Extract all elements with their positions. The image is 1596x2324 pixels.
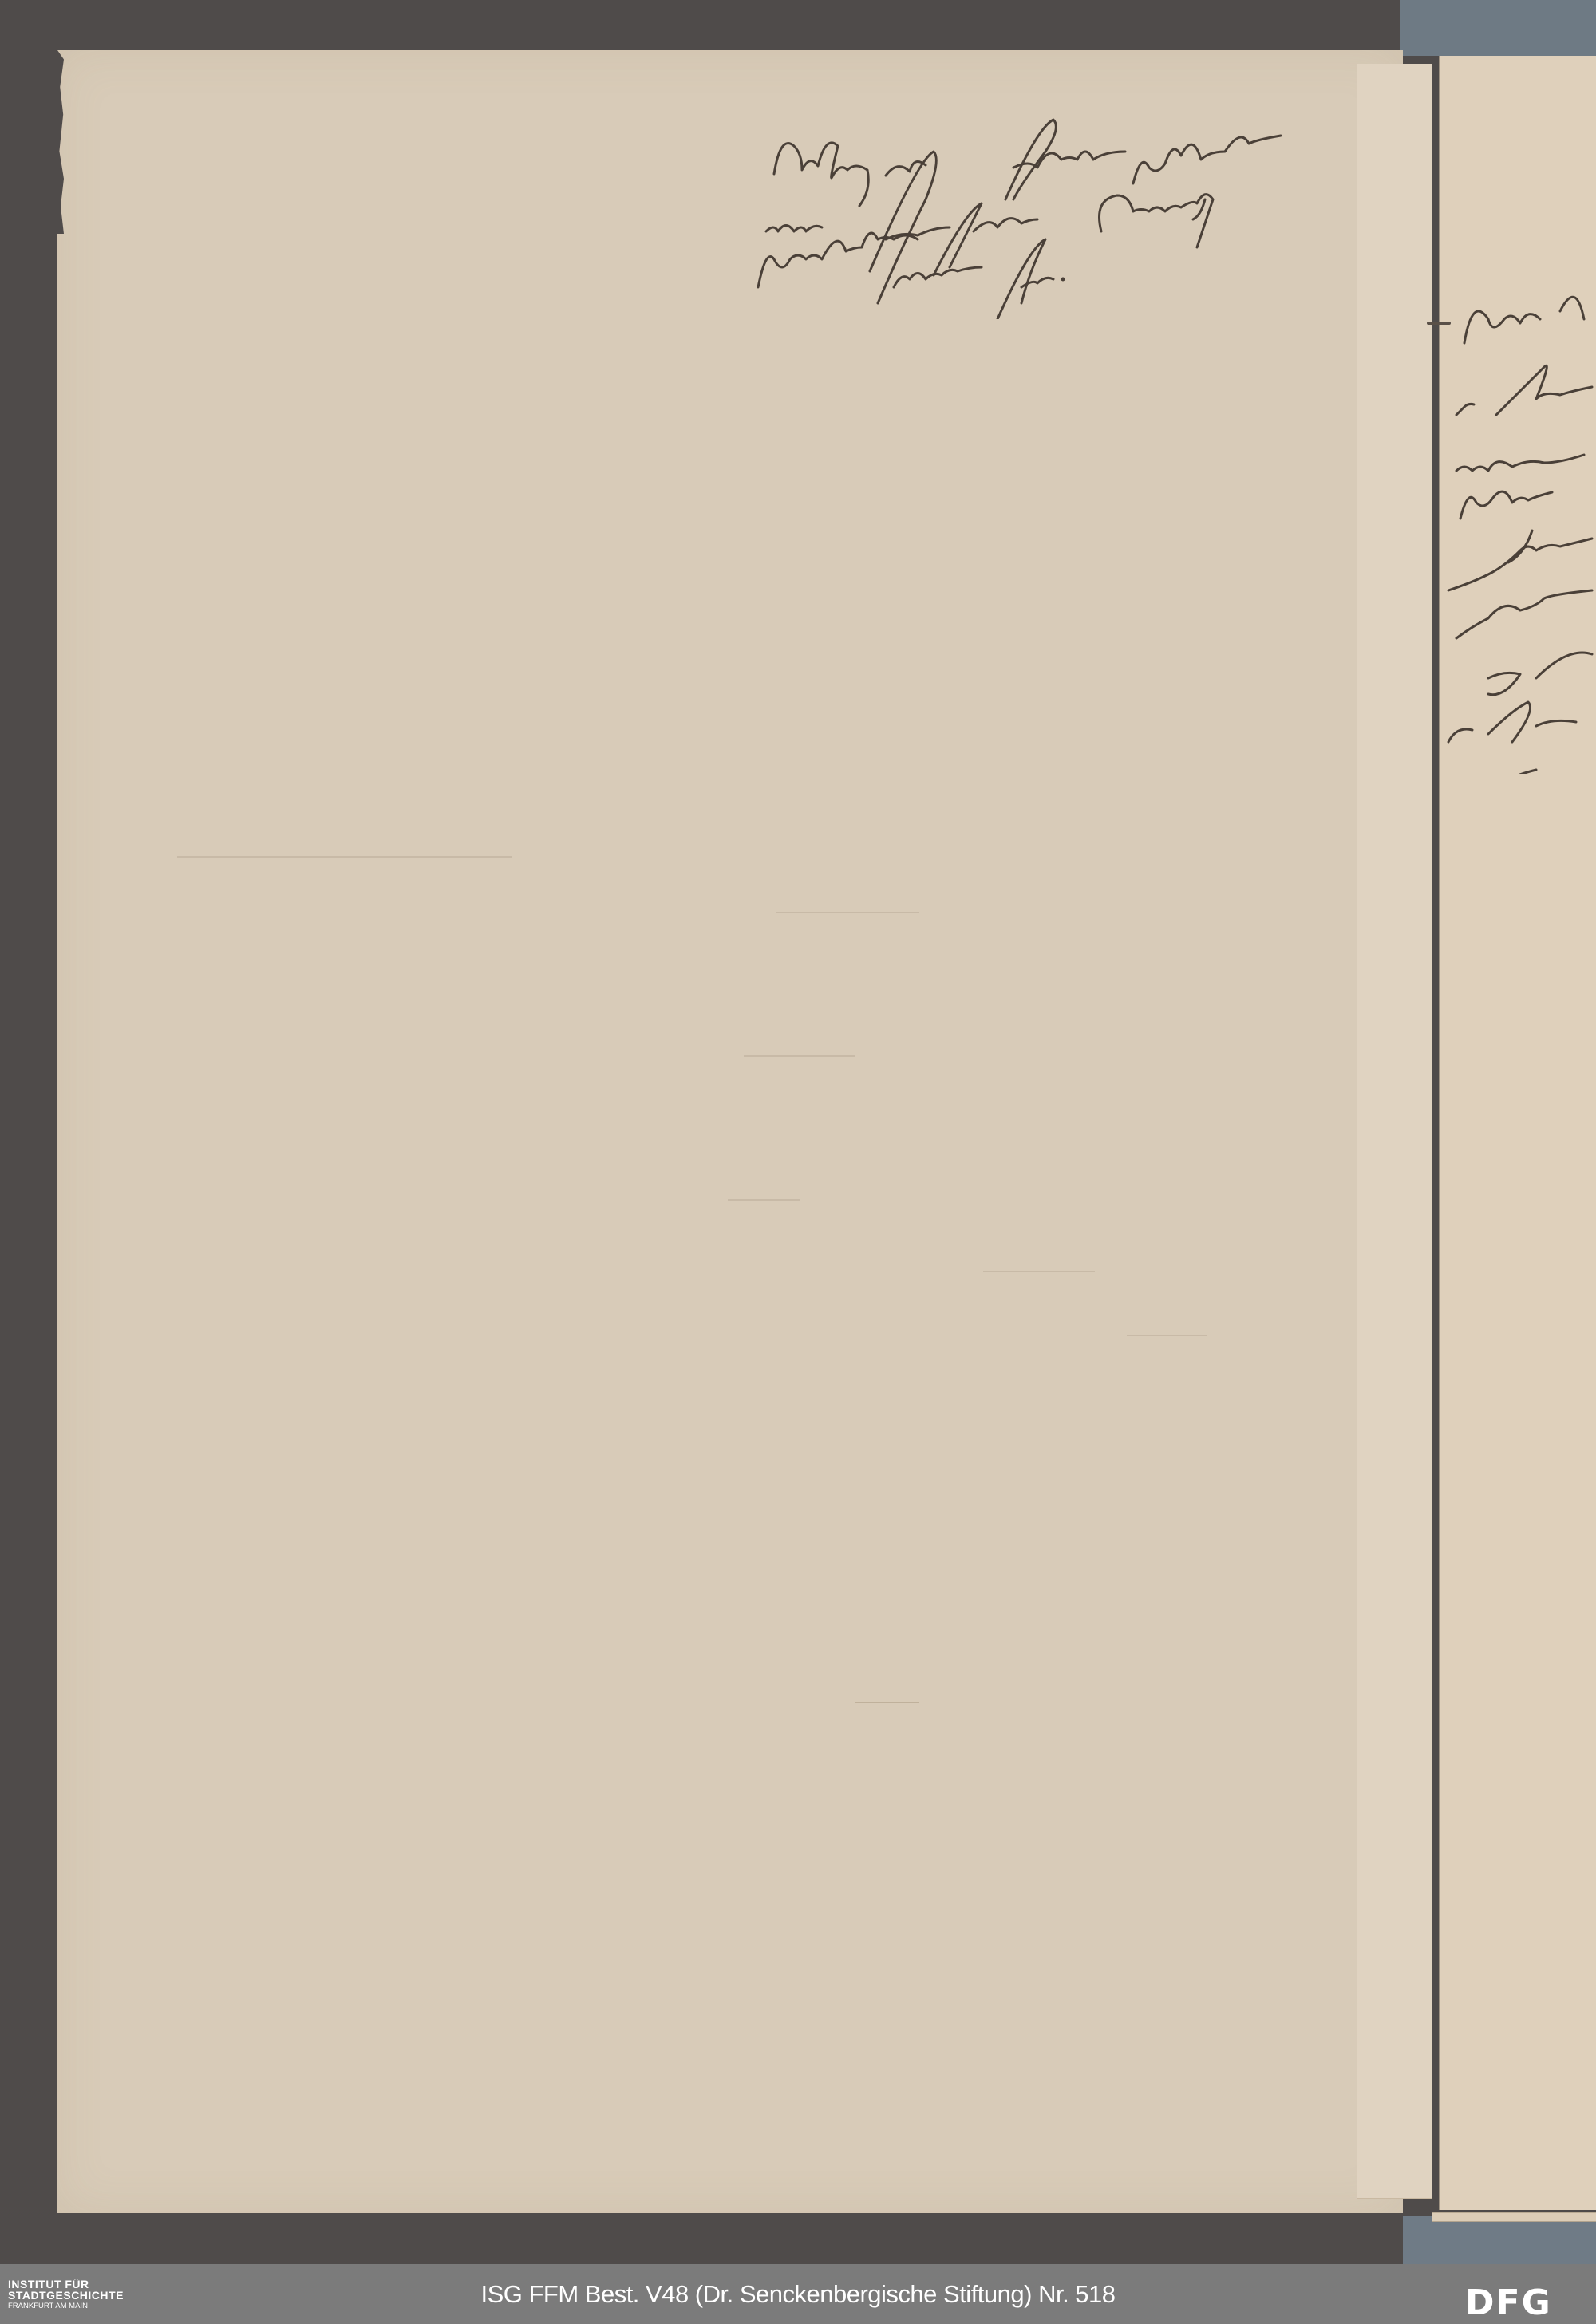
right-page-line: betreffen… [1456,550,1596,587]
page-stack-edge [1432,2212,1596,2222]
handwritten-line: wenn Herr Professor Kümpf [750,199,1205,236]
right-page-line: der Herr… [1456,694,1596,731]
left-page [57,50,1403,2213]
right-page: Mit d… ist Herr… unterh… Lassung… betref… [1439,56,1596,2210]
scan-image: Mit d… ist Herr… unterh… Lassung… betref… [0,0,1596,2264]
archive-footer-bar: INSTITUT FÜR STADTGESCHICHTE FRANKFURT A… [0,2264,1596,2324]
paper-fold-strip [1357,64,1432,2199]
handwritten-note: Lassung der Hypothek beschlossen wenn He… [750,112,1373,319]
pin-mark [1427,322,1451,325]
handwritten-line: Lassung der Hypothek beschlossen [750,136,1322,172]
bleed-through-mark [744,1055,855,1057]
bleed-through-mark [776,912,919,913]
right-page-line: beschlossen… [1456,598,1596,635]
archive-signature: ISG FFM Best. V48 (Dr. Senckenbergische … [0,2280,1596,2309]
bleed-through-mark [1127,1335,1207,1336]
right-page-line: Lassung… [1456,503,1596,539]
right-page-line: So… [1456,646,1529,683]
bleed-through-mark [983,1271,1095,1272]
right-page-line: ist Herr… [1456,407,1596,444]
right-page-line: Mit d… [1456,311,1574,348]
bleed-through-mark [728,1199,800,1201]
backing-board-bottom [1403,2216,1596,2264]
stain-mark [855,1702,919,1703]
right-page-line: seiner… [1456,742,1589,779]
dfg-logo: DFG [1465,2286,1552,2321]
handwritten-line: benachrichtigt werden solle. [750,263,1215,300]
bleed-through-mark [177,856,512,858]
right-page-handwriting [1440,215,1596,774]
backing-board [1400,0,1596,56]
right-page-line: unterh… [1456,455,1596,491]
